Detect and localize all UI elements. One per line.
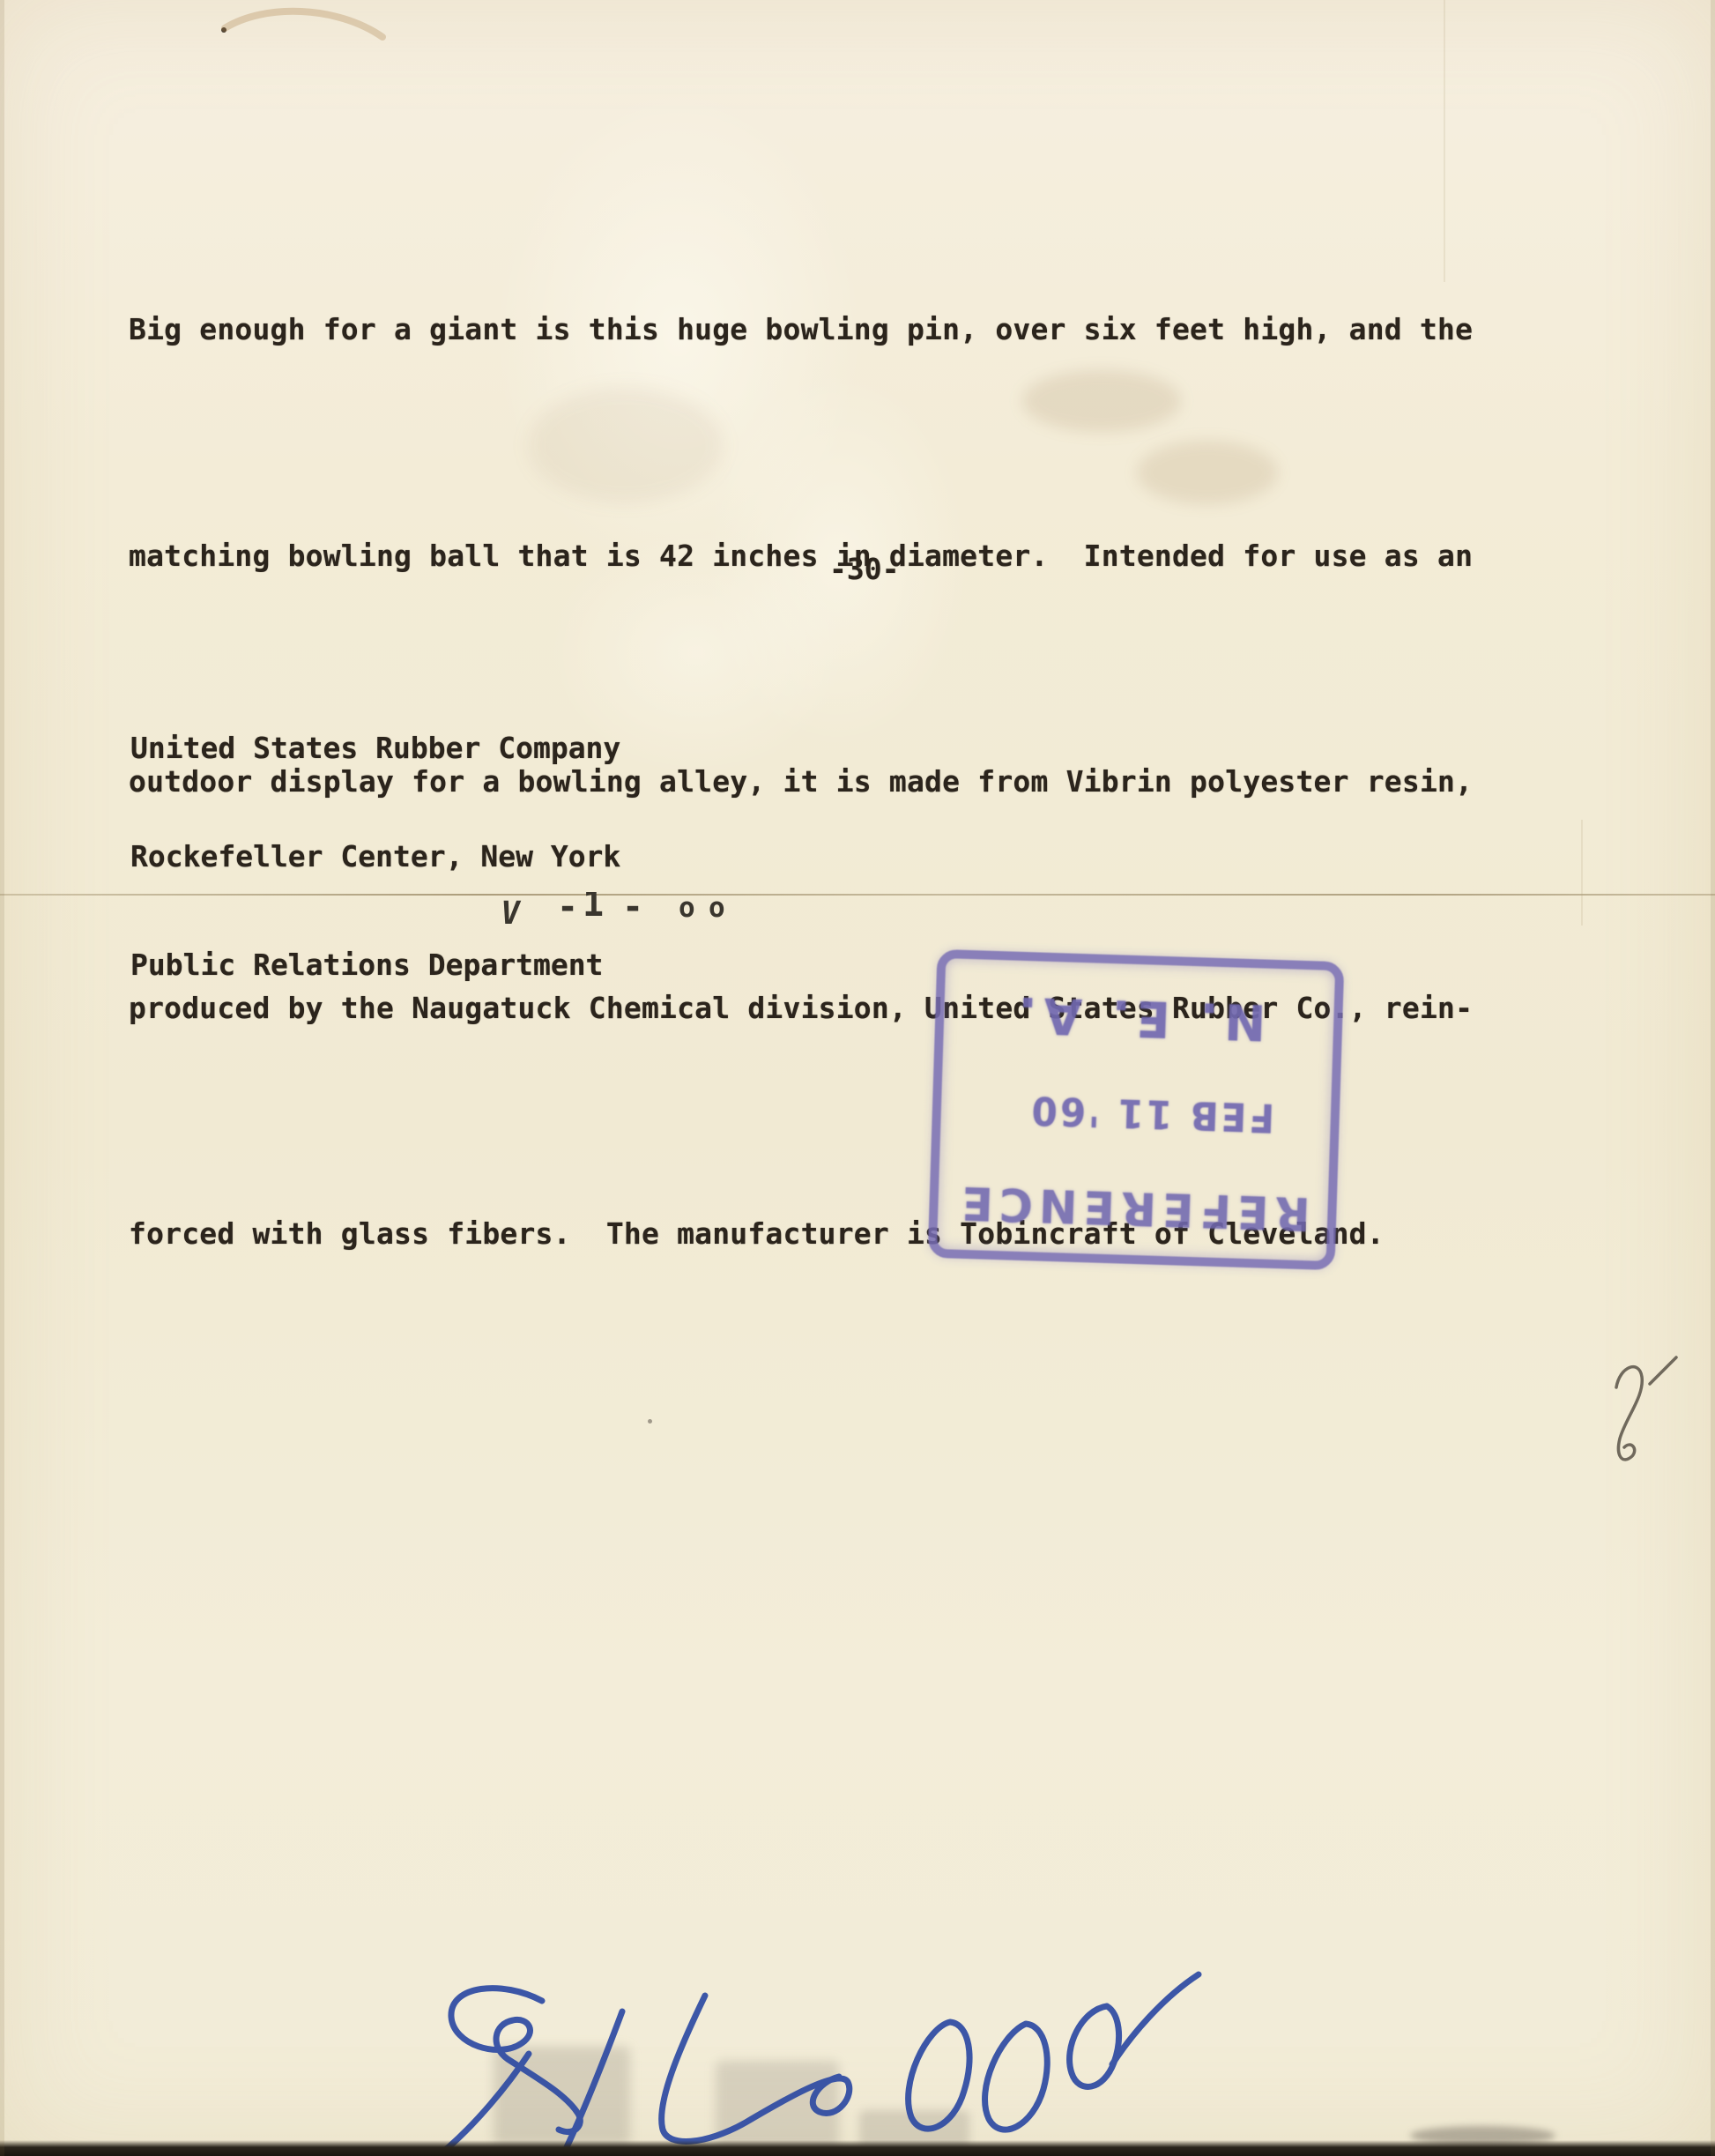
footer-line-department: Public Relations Department (130, 947, 620, 983)
scan-bottom-edge (0, 2140, 1715, 2156)
scan-left-edge (0, 0, 4, 2156)
fold-crease-line (0, 894, 1715, 896)
footer-line-address: Rockefeller Center, New York (130, 838, 620, 874)
stamp-date-text: FEB 11 '60 (1028, 1088, 1275, 1141)
fragment-glyph: 1 (583, 892, 604, 925)
fragment-glyph: - (622, 892, 643, 926)
tape-residue-smudge (494, 2047, 630, 2145)
reference-stamp: REFERENCE FEB 11 '60 N. E. A. (928, 949, 1345, 1270)
fragment-glyph: - (557, 892, 578, 926)
company-address-block: United States Rubber Company Rockefeller… (130, 658, 620, 1055)
stamp-organization-text: N. E. A. (1011, 985, 1266, 1051)
press-release-end-mark: -30- (829, 552, 899, 586)
scan-right-edge (1711, 0, 1715, 2156)
paragraph-line: Big enough for a giant is this huge bowl… (129, 292, 1556, 368)
fragment-glyph: V (497, 896, 523, 926)
stamp-border-box: REFERENCE FEB 11 '60 N. E. A. (928, 949, 1345, 1270)
handwritten-number (442, 1974, 1199, 2152)
footer-line-company: United States Rubber Company (130, 730, 620, 766)
pencil-note (1616, 1357, 1676, 1460)
stamp-reference-text: REFERENCE (954, 1176, 1310, 1240)
fragment-glyph: o (709, 892, 725, 924)
stain-arc (225, 11, 382, 37)
scanned-press-release-page: Big enough for a giant is this huge bowl… (0, 0, 1715, 2156)
tape-residue-smudge (716, 2061, 839, 2149)
vertical-crease (1581, 820, 1583, 926)
fold-text-fragments: V - 1 - o o (494, 892, 758, 926)
paragraph-line: forced with glass fibers. The manufactur… (129, 1196, 1556, 1272)
fly-speck (221, 27, 226, 33)
fragment-glyph: o (679, 892, 695, 924)
